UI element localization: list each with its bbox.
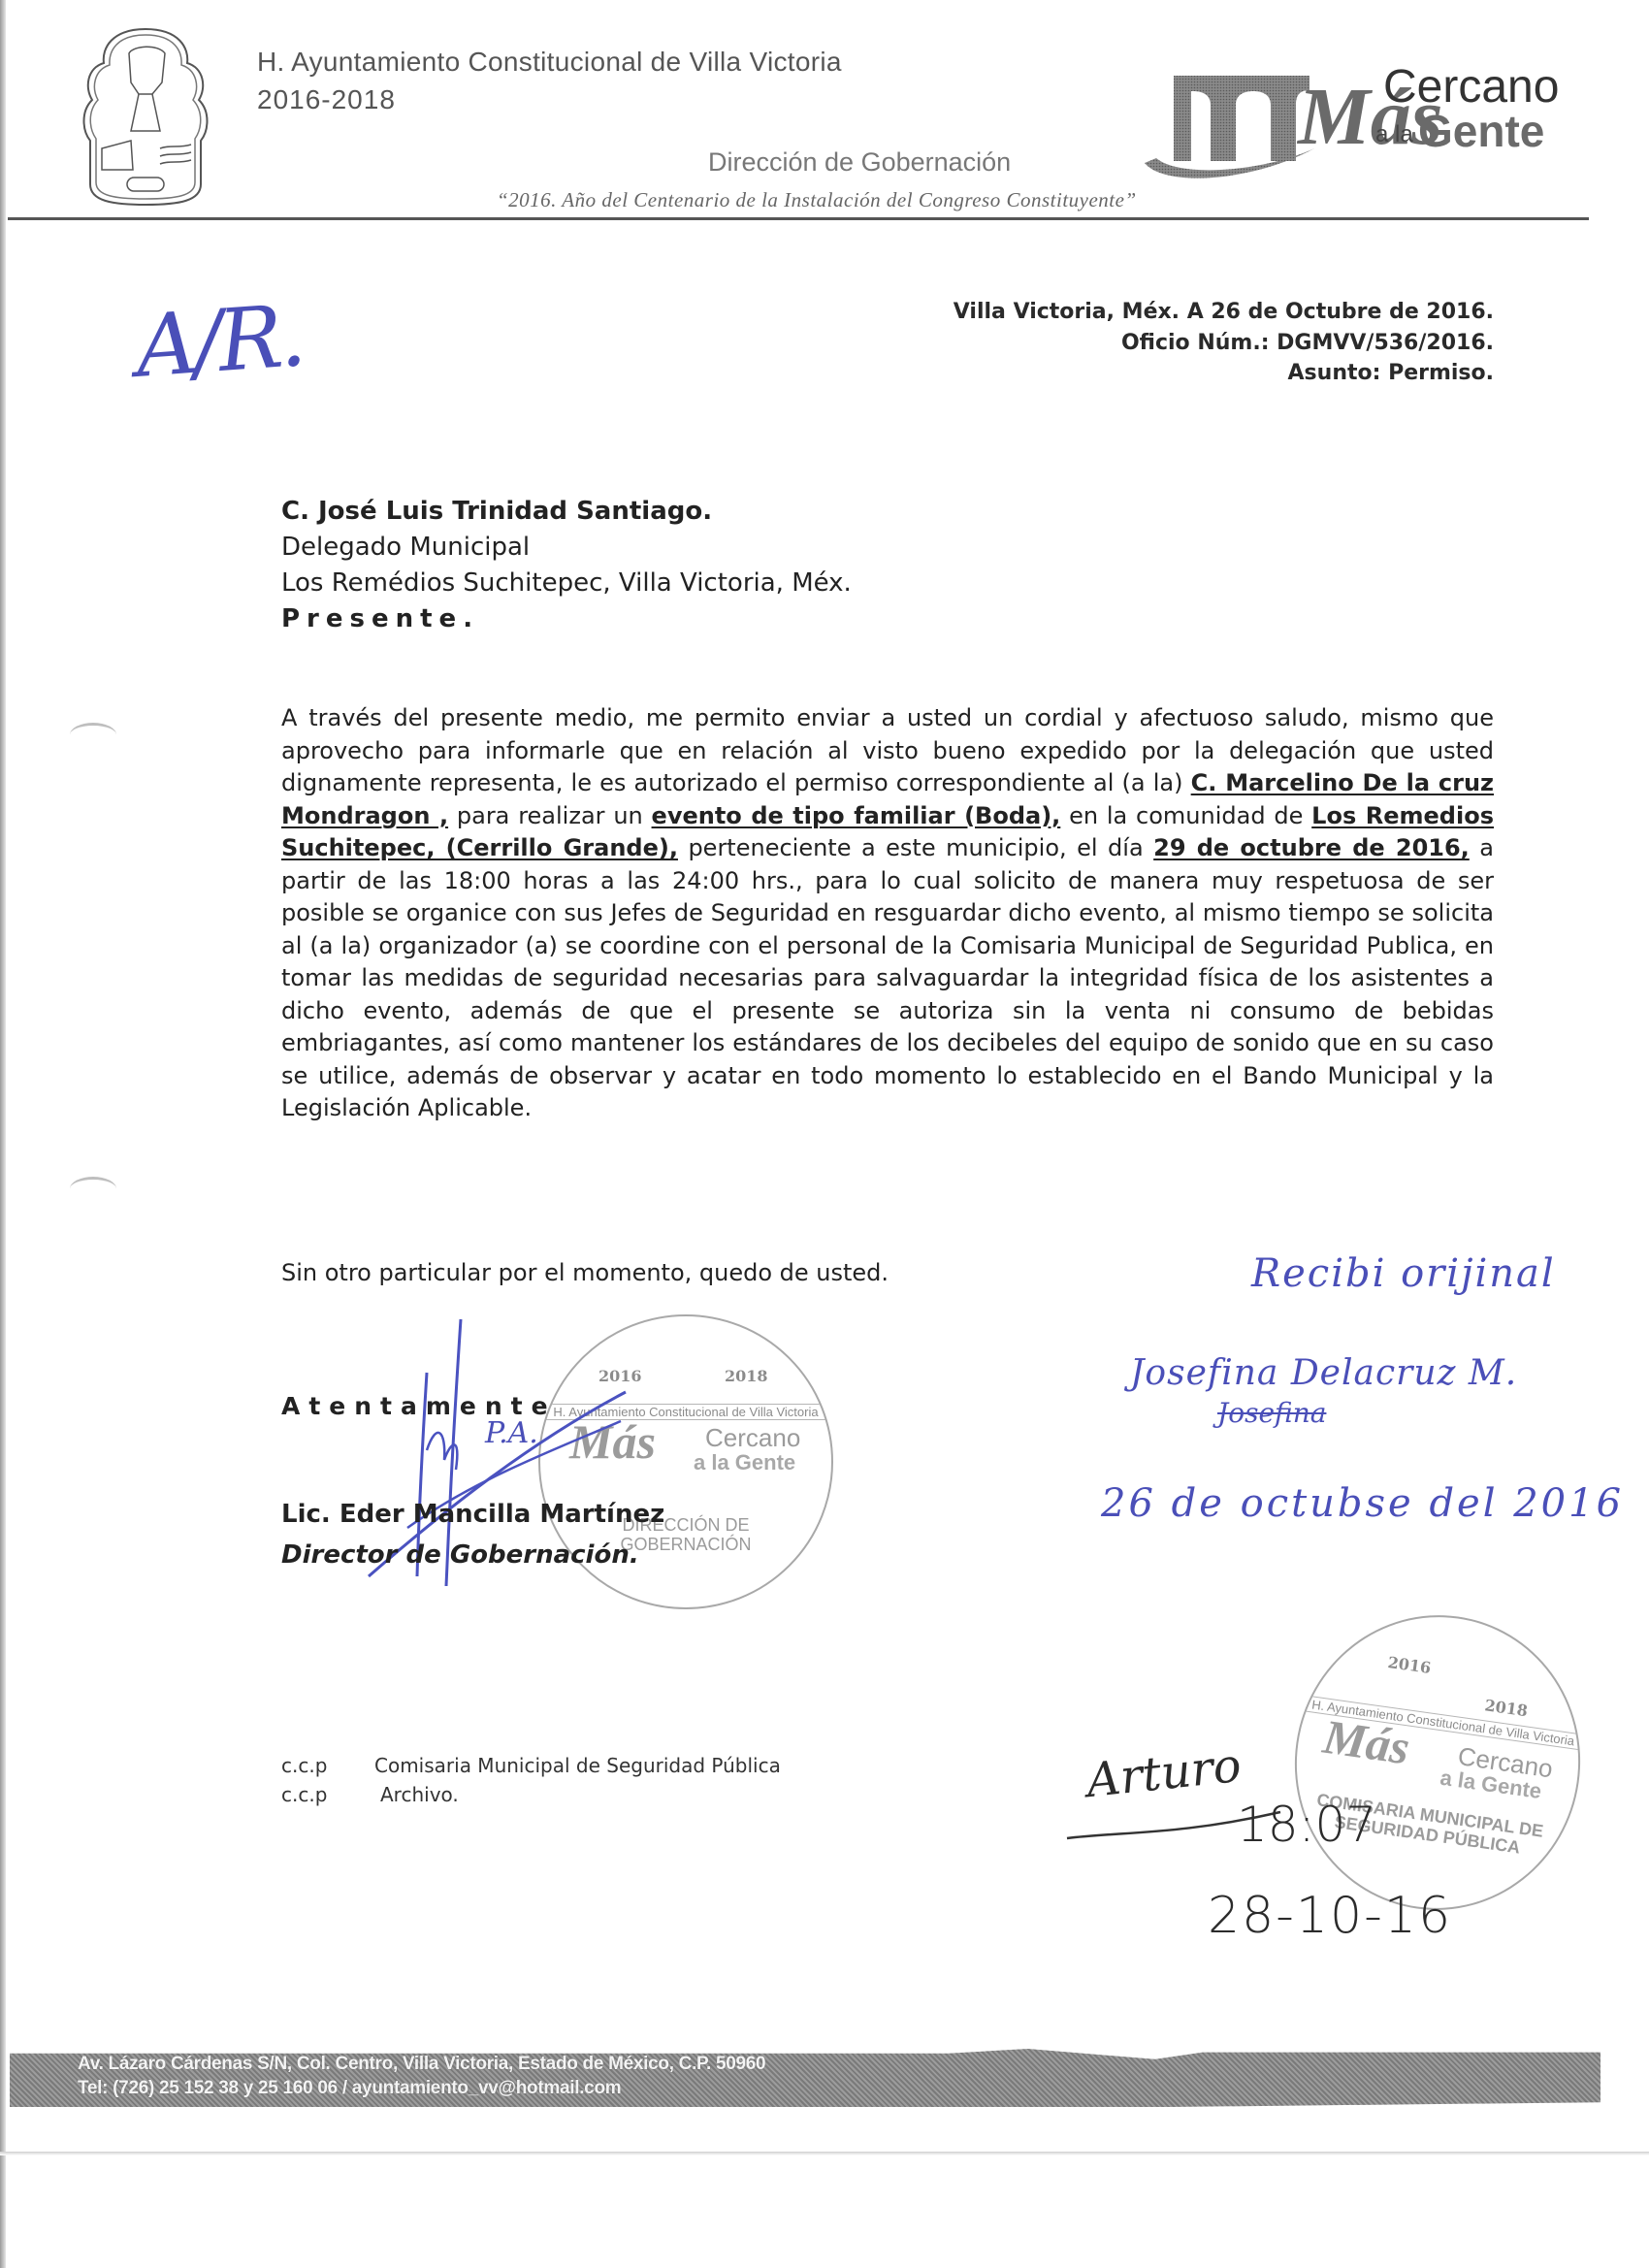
signatory-name: Lic. Eder Mancilla Martínez [281, 1500, 664, 1529]
signatory-title: Director de Gobernación. [281, 1540, 639, 1570]
subject: Asunto: Permiso. [954, 358, 1494, 389]
closing-line: Sin otro particular por el momento, qued… [281, 1259, 889, 1286]
handwritten-ar-mark: A/R. [133, 285, 306, 397]
handwritten-receiver-name: Josefina Delacruz M. [1130, 1353, 1517, 1393]
municipal-coat-of-arms-icon [73, 24, 218, 209]
body-text: perteneciente a este municipio, el día [678, 834, 1153, 861]
institution-name: H. Ayuntamiento Constitucional de Villa … [257, 47, 842, 78]
footer-phone-email: Tel: (726) 25 152 38 y 25 160 06 / ayunt… [78, 2076, 765, 2100]
administration-term: 2016-2018 [257, 84, 396, 115]
carbon-copy-list: c.c.pComisaria Municipal de Seguridad Pú… [281, 1751, 781, 1809]
letter-body: A través del presente medio, me permito … [281, 702, 1494, 1125]
punch-hole-mark [70, 723, 116, 747]
director-initials: P.A. [485, 1416, 538, 1450]
footer-address: Av. Lázaro Cárdenas S/N, Col. Centro, Vi… [78, 2052, 765, 2076]
police-stamp: 2016 2018 H. Ayuntamiento Constitucional… [1276, 1597, 1599, 1928]
ccp-item: c.c.pArchivo. [281, 1780, 781, 1809]
header-divider [8, 217, 1589, 220]
addressee-position: Delegado Municipal [281, 530, 852, 566]
stamp-brand: Cercano [705, 1423, 800, 1453]
official-motto: “2016. Año del Centenario de la Instalac… [497, 188, 1137, 212]
salutation: Atentamente [281, 1392, 557, 1420]
stamp-year: 2018 [725, 1367, 768, 1385]
footer-contact: Av. Lázaro Cárdenas S/N, Col. Centro, Vi… [78, 2052, 765, 2100]
body-text: para realizar un [448, 802, 651, 829]
scan-bottom-edge [0, 2152, 1649, 2155]
coat-of-arms-logo [73, 24, 218, 209]
brand-gente: Gente [1418, 105, 1544, 157]
police-receipt-date: 28-10-16 [1208, 1887, 1452, 1945]
handwritten-receipt: Recibi orijinal [1251, 1251, 1556, 1296]
brand-logo: Más [1135, 66, 1387, 182]
brand-a-la: a la [1375, 121, 1413, 148]
handwritten-receipt-date: 26 de octubse del 2016 [1101, 1481, 1624, 1526]
addressee-name: C. José Luis Trinidad Santiago. [281, 494, 852, 530]
addressee-location: Los Remédios Suchitepec, Villa Victoria,… [281, 566, 852, 601]
ccp-item: c.c.pComisaria Municipal de Seguridad Pú… [281, 1751, 781, 1780]
oficio-number: Oficio Núm.: DGMVV/536/2016. [954, 328, 1494, 359]
stamp-brand: Más [1320, 1708, 1413, 1776]
stamp-year: 2016 [1387, 1653, 1433, 1677]
body-text: a partir de las 18:00 horas a las 24:00 … [281, 834, 1494, 1121]
body-text: en la comunidad de [1060, 802, 1311, 829]
reference-block: Villa Victoria, Méx. A 26 de Octubre de … [954, 297, 1494, 389]
presente-label: Presente. [281, 601, 852, 637]
stamp-brand: a la Gente [694, 1450, 795, 1475]
department-name: Dirección de Gobernación [708, 147, 1011, 178]
event-date: 29 de octubre de 2016, [1153, 834, 1470, 861]
police-receipt-time: 18:07 [1237, 1797, 1376, 1853]
addressee-block: C. José Luis Trinidad Santiago. Delegado… [281, 494, 852, 637]
stamp-year: 2018 [1483, 1696, 1529, 1720]
event-type: evento de tipo familiar (Boda), [652, 802, 1061, 829]
scan-left-edge [0, 0, 6, 2268]
handwritten-struck-name: Josefina [1217, 1397, 1326, 1429]
punch-hole-mark [70, 1177, 116, 1201]
place-date: Villa Victoria, Méx. A 26 de Octubre de … [954, 297, 1494, 328]
